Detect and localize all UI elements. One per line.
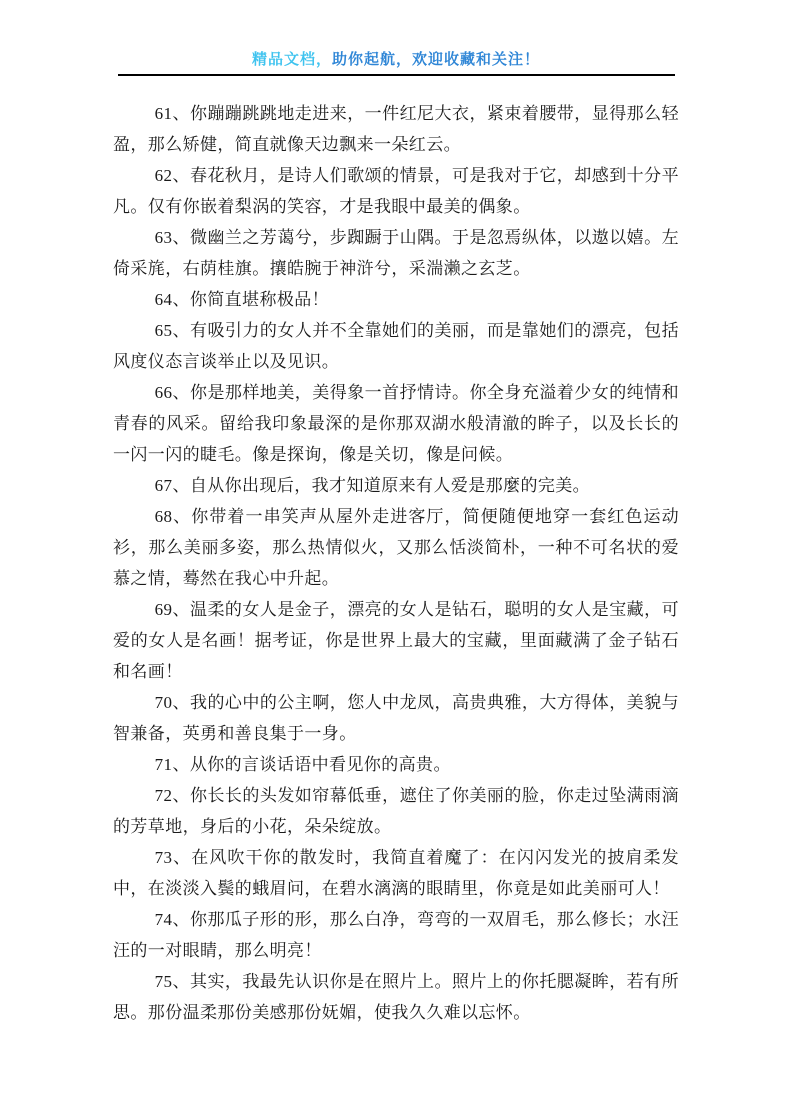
quote-number: 66、: [155, 383, 190, 402]
document-page: 精品文档，助你起航，欢迎收藏和关注！ 61、你蹦蹦跳跳地走进来，一件红尼大衣，紧…: [0, 0, 792, 1120]
quote-list: 61、你蹦蹦跳跳地走进来，一件红尼大衣，紧束着腰带，显得那么轻盈，那么矫健，简直…: [113, 98, 679, 1028]
quote-number: 67、: [155, 476, 190, 495]
quote-item-63: 63、微幽兰之芳蔼兮，步踟蹰于山隅。于是忽焉纵体，以遨以嬉。左倚采旄，右荫桂旗。…: [113, 222, 679, 284]
header-notice-segment-1: 精品文档，: [252, 52, 332, 68]
quote-number: 69、: [155, 600, 190, 619]
quote-item-61: 61、你蹦蹦跳跳地走进来，一件红尼大衣，紧束着腰带，显得那么轻盈，那么矫健，简直…: [113, 98, 679, 160]
quote-item-72: 72、你长长的头发如帘幕低垂，遮住了你美丽的脸，你走过坠满雨滴的芳草地，身后的小…: [113, 780, 679, 842]
quote-item-62: 62、春花秋月，是诗人们歌颂的情景，可是我对于它，却感到十分平凡。仅有你嵌着梨涡…: [113, 160, 679, 222]
quote-text: 在风吹干你的散发时，我简直着魔了：在闪闪发光的披肩柔发中，在淡淡入鬓的蛾眉问，在…: [113, 848, 679, 898]
quote-item-71: 71、从你的言谈话语中看见你的高贵。: [113, 749, 679, 780]
quote-item-68: 68、你带着一串笑声从屋外走进客厅，简便随便地穿一套红色运动衫，那么美丽多姿，那…: [113, 501, 679, 594]
quote-text: 我的心中的公主啊，您人中龙凤，高贵典雅，大方得体，美貌与智兼备，英勇和善良集于一…: [113, 693, 679, 743]
quote-text: 你蹦蹦跳跳地走进来，一件红尼大衣，紧束着腰带，显得那么轻盈，那么矫健，简直就像天…: [113, 104, 679, 154]
header-notice: 精品文档，助你起航，欢迎收藏和关注！: [0, 0, 792, 70]
quote-number: 73、: [155, 848, 192, 867]
quote-number: 70、: [155, 693, 190, 712]
quote-text: 你长长的头发如帘幕低垂，遮住了你美丽的脸，你走过坠满雨滴的芳草地，身后的小花，朵…: [113, 786, 679, 836]
quote-number: 63、: [155, 228, 190, 247]
quote-number: 62、: [155, 166, 190, 185]
quote-number: 61、: [155, 104, 190, 123]
quote-item-75: 75、其实，我最先认识你是在照片上。照片上的你托腮凝眸，若有所思。那份温柔那份美…: [113, 966, 679, 1028]
quote-text: 你简直堪称极品！: [190, 290, 329, 309]
quote-text: 有吸引力的女人并不全靠她们的美丽，而是靠她们的漂亮，包括风度仪态言谈举止以及见识…: [113, 321, 679, 371]
quote-number: 74、: [155, 910, 190, 929]
quote-item-73: 73、在风吹干你的散发时，我简直着魔了：在闪闪发光的披肩柔发中，在淡淡入鬓的蛾眉…: [113, 842, 679, 904]
header-divider: [118, 74, 675, 76]
quote-text: 你是那样地美，美得象一首抒情诗。你全身充溢着少女的纯情和青春的风采。留给我印象最…: [113, 383, 679, 464]
quote-number: 72、: [155, 786, 190, 805]
quote-text: 从你的言谈话语中看见你的高贵。: [190, 755, 451, 774]
quote-item-70: 70、我的心中的公主啊，您人中龙凤，高贵典雅，大方得体，美貌与智兼备，英勇和善良…: [113, 687, 679, 749]
quote-item-64: 64、你简直堪称极品！: [113, 284, 679, 315]
quote-item-74: 74、你那瓜子形的形，那么白净，弯弯的一双眉毛，那么修长；水汪汪的一对眼睛，那么…: [113, 904, 679, 966]
quote-number: 64、: [155, 290, 190, 309]
quote-number: 65、: [155, 321, 190, 340]
quote-text: 你带着一串笑声从屋外走进客厅，简便随便地穿一套红色运动衫，那么美丽多姿，那么热情…: [113, 507, 679, 588]
quote-item-67: 67、自从你出现后，我才知道原来有人爱是那麼的完美。: [113, 470, 679, 501]
quote-item-65: 65、有吸引力的女人并不全靠她们的美丽，而是靠她们的漂亮，包括风度仪态言谈举止以…: [113, 315, 679, 377]
quote-number: 75、: [155, 972, 190, 991]
quote-text: 自从你出现后，我才知道原来有人爱是那麼的完美。: [190, 476, 590, 495]
quote-text: 微幽兰之芳蔼兮，步踟蹰于山隅。于是忽焉纵体，以遨以嬉。左倚采旄，右荫桂旗。攘皓腕…: [113, 228, 679, 278]
quote-text: 春花秋月，是诗人们歌颂的情景，可是我对于它，却感到十分平凡。仅有你嵌着梨涡的笑容…: [113, 166, 679, 216]
header-notice-segment-2: 助你起航，欢迎收藏和关注！: [332, 52, 540, 68]
quote-number: 71、: [155, 755, 190, 774]
quote-item-66: 66、你是那样地美，美得象一首抒情诗。你全身充溢着少女的纯情和青春的风采。留给我…: [113, 377, 679, 470]
quote-number: 68、: [155, 507, 192, 526]
quote-item-69: 69、温柔的女人是金子，漂亮的女人是钻石，聪明的女人是宝藏，可爱的女人是名画！据…: [113, 594, 679, 687]
quote-text: 你那瓜子形的形，那么白净，弯弯的一双眉毛，那么修长；水汪汪的一对眼睛，那么明亮！: [113, 910, 679, 960]
quote-text: 温柔的女人是金子，漂亮的女人是钻石，聪明的女人是宝藏，可爱的女人是名画！据考证，…: [113, 600, 679, 681]
quote-text: 其实，我最先认识你是在照片上。照片上的你托腮凝眸，若有所思。那份温柔那份美感那份…: [113, 972, 679, 1022]
